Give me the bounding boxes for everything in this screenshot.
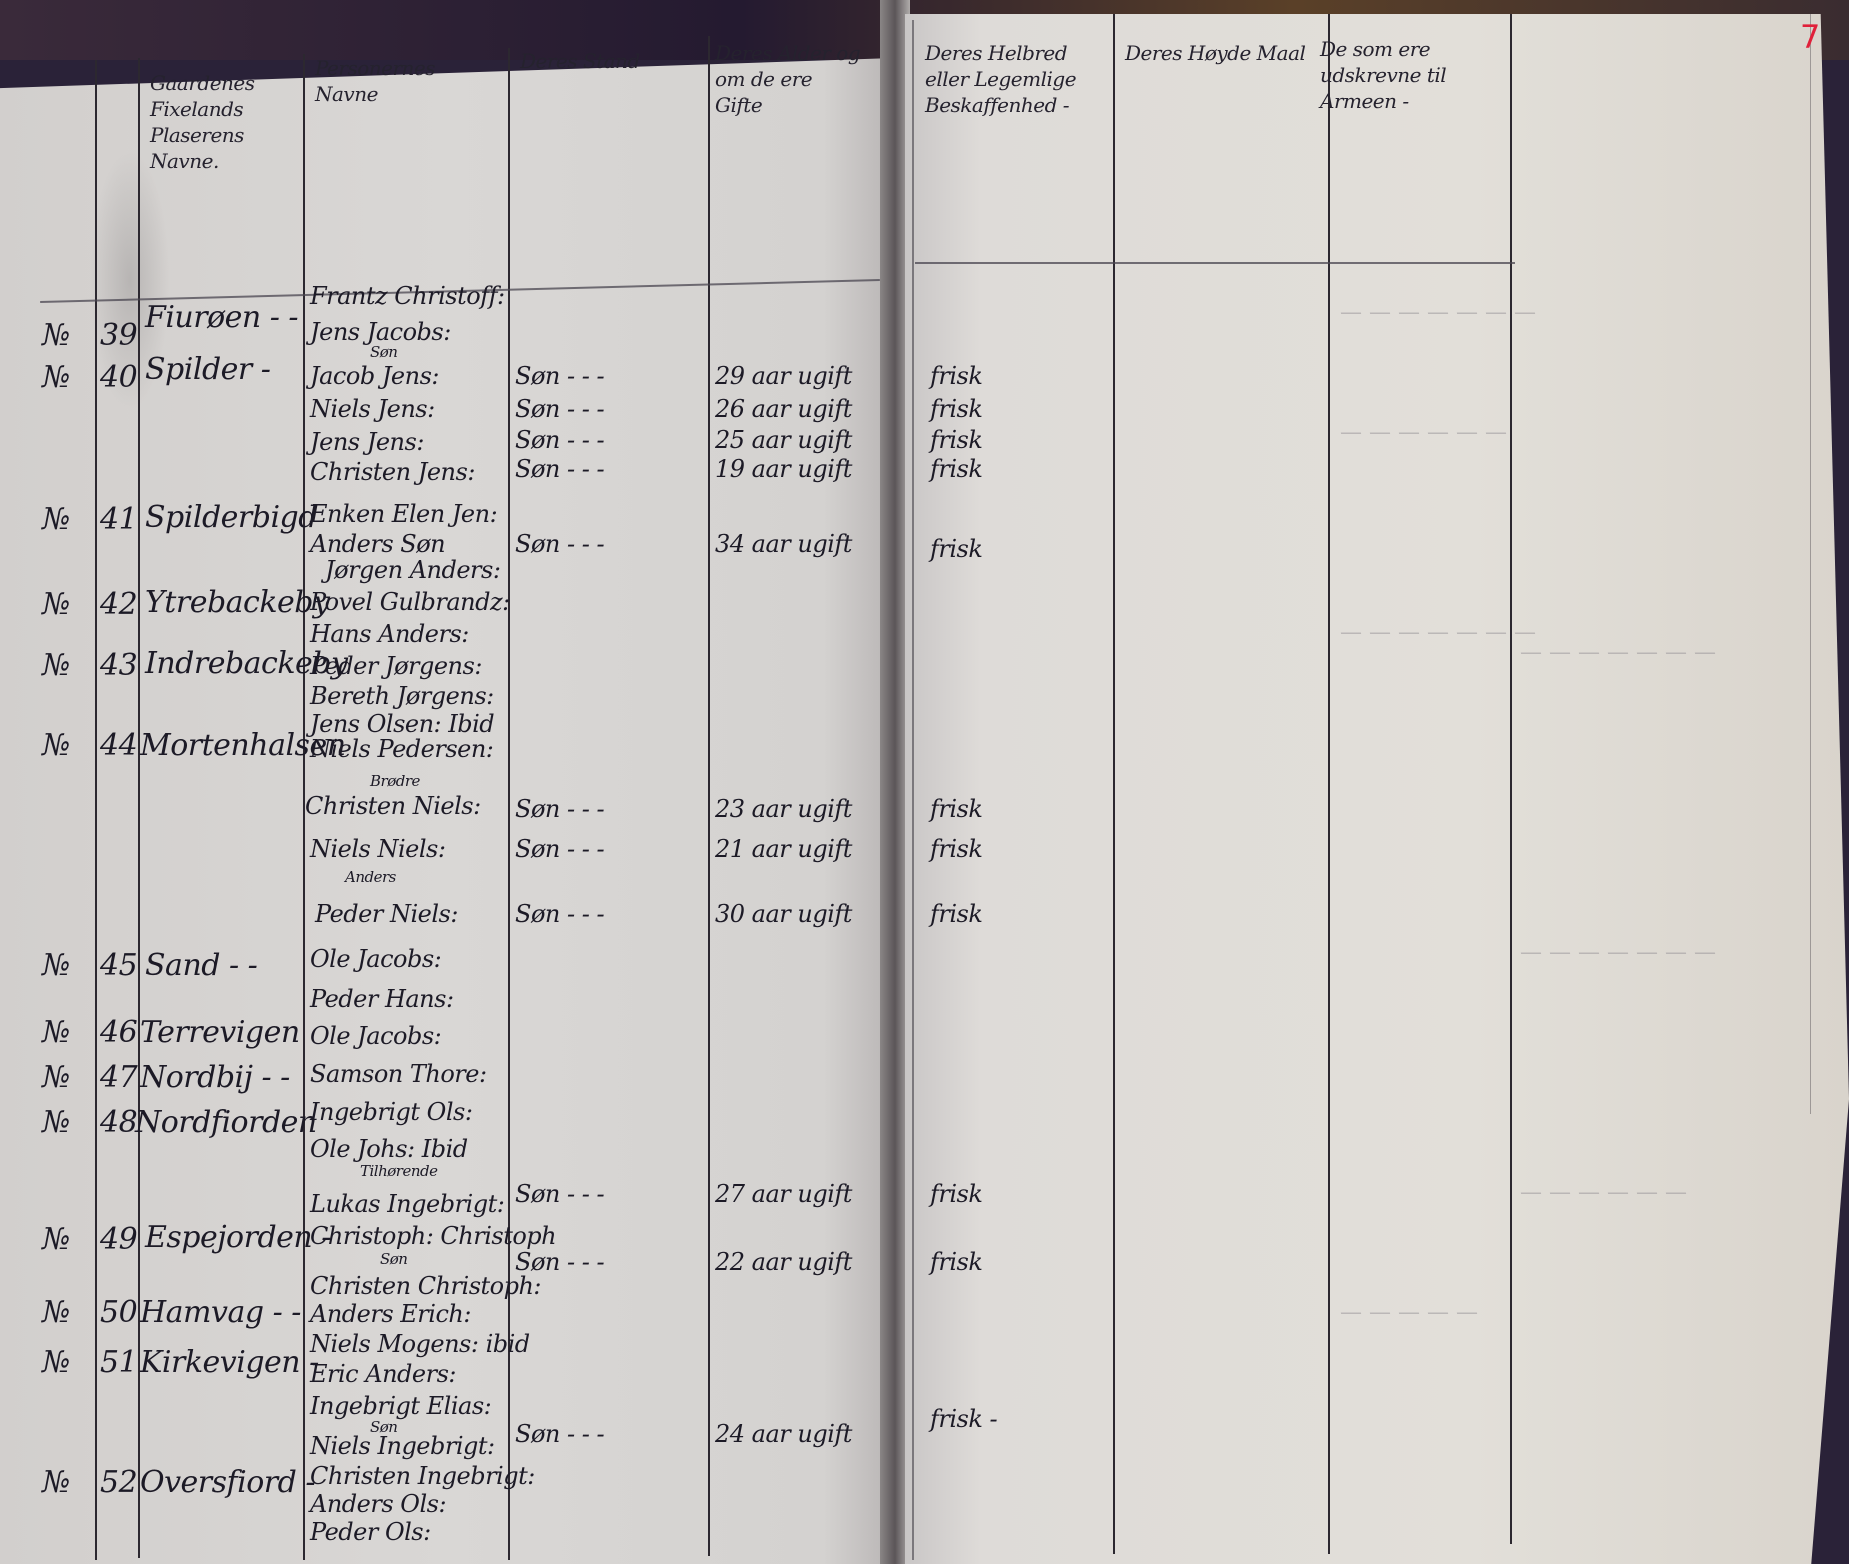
column-rule [95, 60, 97, 1560]
person-name: Peder Jørgens: [310, 652, 482, 680]
health-mark: frisk [930, 395, 982, 423]
person-name: Anders Erich: [310, 1300, 471, 1328]
entry-no-label: № [42, 948, 70, 983]
entry-farm: Terrevigen [140, 1015, 300, 1050]
column-rule [708, 36, 710, 1556]
entry-farm: Oversfiord - [140, 1465, 315, 1500]
entry-no-label: № [42, 1015, 70, 1050]
status-cell: Søn - - - [515, 455, 604, 483]
entry-no-label: № [42, 648, 70, 683]
header-condition: Deres Helbred eller Legemlige Beskaffenh… [925, 40, 1105, 118]
entry-number: 50 [100, 1295, 137, 1330]
header-divider [915, 262, 1515, 264]
entry-number: 43 [100, 648, 137, 683]
age-cell: 26 aar ugift [715, 395, 852, 423]
status-cell: Søn - - - [515, 900, 604, 928]
entry-farm: Ytrebackeby [145, 585, 329, 620]
person-name: Peder Niels: [315, 900, 458, 928]
health-mark: frisk - [930, 1405, 997, 1433]
person-name: Samson Thore: [310, 1060, 487, 1088]
column-rule [1328, 14, 1330, 1554]
status-cell: Søn - - - [515, 530, 604, 558]
person-name: Ole Jacobs: [310, 1022, 441, 1050]
entry-number: 46 [100, 1015, 137, 1050]
person-name: Ingebrigt Ols: [310, 1098, 472, 1126]
entry-no-label: № [42, 587, 70, 622]
entry-number: 48 [100, 1105, 137, 1140]
entry-no-label: № [42, 1465, 70, 1500]
person-name: Ole Johs: Ibid [310, 1135, 468, 1163]
entry-number: 52 [100, 1465, 137, 1500]
person-name: Anders Søn [310, 530, 445, 558]
entry-farm: Fiurøen - - [145, 300, 298, 335]
person-name: Christen Christoph: [310, 1272, 541, 1300]
person-name: Povel Gulbrandz: [310, 588, 510, 616]
person-name: Niels Niels: [310, 835, 445, 863]
age-cell: 21 aar ugift [715, 835, 852, 863]
person-name: Niels Mogens: ibid [310, 1330, 530, 1358]
entry-number: 47 [100, 1060, 137, 1095]
person-name: Eric Anders: [310, 1360, 456, 1388]
name-annotation: Søn [380, 1250, 407, 1268]
entry-number: 39 [100, 318, 137, 353]
header-farm: Gaardenes Fixelands Plaserens Navne. [150, 70, 295, 174]
person-name: Hans Anders: [310, 620, 469, 648]
name-annotation: Tilhørende [360, 1162, 437, 1180]
age-cell: 25 aar ugift [715, 426, 852, 454]
entry-farm: Hamvag - - [140, 1295, 301, 1330]
column-rule [1113, 14, 1115, 1554]
entry-farm: Sand - - [145, 948, 257, 983]
entry-farm: Spilder - [145, 352, 270, 387]
name-annotation: Søn [370, 343, 397, 361]
age-cell: 34 aar ugift [715, 530, 852, 558]
header-height: Deres Høyde Maal [1125, 40, 1315, 66]
person-name: Jørgen Anders: [325, 556, 500, 584]
person-name: Christoph: Christoph [310, 1222, 556, 1250]
age-cell: 29 aar ugift [715, 362, 852, 390]
age-cell: 23 aar ugift [715, 795, 852, 823]
name-annotation: Anders [345, 868, 396, 886]
entry-no-label: № [42, 1105, 70, 1140]
entry-no-label: № [42, 360, 70, 395]
person-name: Niels Jens: [310, 395, 435, 423]
person-name: Niels Pedersen: [310, 735, 493, 763]
entry-number: 41 [100, 502, 137, 537]
status-cell: Søn - - - [515, 1420, 604, 1448]
entry-number: 51 [100, 1345, 137, 1380]
entry-no-label: № [42, 318, 70, 353]
status-cell: Søn - - - [515, 362, 604, 390]
age-cell: 24 aar ugift [715, 1420, 852, 1448]
person-name: Jens Jens: [310, 428, 424, 456]
age-cell: 22 aar ugift [715, 1248, 852, 1276]
health-mark: frisk [930, 1180, 982, 1208]
person-name: Bereth Jørgens: [310, 682, 494, 710]
health-mark: frisk [930, 426, 982, 454]
person-name: Jens Jacobs: [310, 318, 451, 346]
entry-no-label: № [42, 728, 70, 763]
status-cell: Søn - - - [515, 1248, 604, 1276]
entry-no-label: № [42, 1060, 70, 1095]
column-rule [1510, 14, 1512, 1544]
health-mark: frisk [930, 795, 982, 823]
entry-number: 44 [100, 728, 137, 763]
entry-farm: Espejorden - [145, 1220, 331, 1255]
health-mark: frisk [930, 455, 982, 483]
person-name: Christen Jens: [310, 458, 475, 486]
entry-no-label: № [42, 1345, 70, 1380]
column-rule [138, 58, 140, 1558]
entry-farm: Nordbij - - [140, 1060, 290, 1095]
person-name: Ole Jacobs: [310, 945, 441, 973]
person-name: Frantz Christoff: [310, 282, 505, 310]
age-cell: 30 aar ugift [715, 900, 852, 928]
person-name: Lukas Ingebrigt: [310, 1190, 504, 1218]
header-age: Deres Alder og om de ere Gifte [715, 40, 865, 118]
header-service: De som ere udskrevne til Armeen - [1320, 36, 1505, 114]
person-name: Ingebrigt Elias: [310, 1392, 491, 1420]
header-status: Deres Stand [520, 48, 700, 74]
entry-farm: Kirkevigen - [140, 1345, 319, 1380]
status-cell: Søn - - - [515, 795, 604, 823]
person-name: Niels Ingebrigt: [310, 1432, 495, 1460]
person-name: Peder Ols: [310, 1518, 431, 1546]
status-cell: Søn - - - [515, 1180, 604, 1208]
entry-number: 40 [100, 360, 137, 395]
person-name: Christen Ingebrigt: [310, 1462, 535, 1490]
status-cell: Søn - - - [515, 426, 604, 454]
health-mark: frisk [930, 900, 982, 928]
page-edge-rule [1810, 14, 1811, 1114]
person-name: Jens Olsen: Ibid [310, 710, 494, 738]
person-name: Jacob Jens: [310, 362, 439, 390]
entry-number: 45 [100, 948, 137, 983]
entry-farm: Spilderbigd [145, 500, 317, 535]
name-annotation: Brødre [370, 772, 420, 790]
health-mark: frisk [930, 535, 982, 563]
status-cell: Søn - - - [515, 835, 604, 863]
person-name: Enken Elen Jen: [310, 500, 497, 528]
entry-no-label: № [42, 502, 70, 537]
age-cell: 19 aar ugift [715, 455, 852, 483]
entry-number: 49 [100, 1222, 137, 1257]
column-rule [912, 20, 914, 1560]
entry-no-label: № [42, 1222, 70, 1257]
entry-farm: Nordfiorden [135, 1105, 317, 1140]
page-number: 7 [1800, 18, 1820, 56]
health-mark: frisk [930, 835, 982, 863]
status-cell: Søn - - - [515, 395, 604, 423]
right-page [905, 14, 1849, 1564]
person-name: Christen Niels: [305, 792, 481, 820]
entry-no-label: № [42, 1295, 70, 1330]
health-mark: frisk [930, 1248, 982, 1276]
person-name: Anders Ols: [310, 1490, 446, 1518]
health-mark: frisk [930, 362, 982, 390]
person-name: Peder Hans: [310, 985, 454, 1013]
entry-number: 42 [100, 587, 137, 622]
age-cell: 27 aar ugift [715, 1180, 852, 1208]
header-names: Personernes Navne [315, 55, 500, 107]
